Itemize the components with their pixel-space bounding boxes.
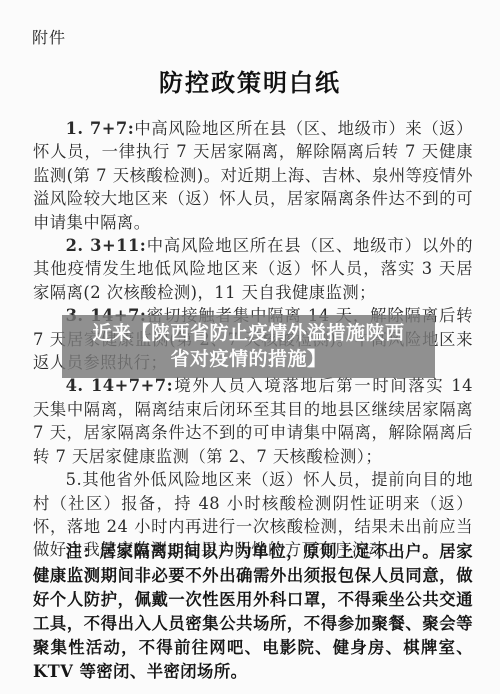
caption-line-1: 近来【陕西省防止疫情外溢措施陕西 [62,320,435,346]
item-lead: 5. [66,470,83,489]
item-lead: 2. 3+11: [66,236,147,255]
note-section: 注：居家隔离期间以户为单位，原则上足不出户。居家健康监测期间非必要不外出确需外出… [33,540,473,684]
attachment-label: 附件 [32,25,66,48]
item-lead: 4. 14+7+7: [66,376,174,395]
policy-item-2: 2. 3+11:中高风险地区所在县（区、地级市）以外的其他疫情发生地低风险地区来… [33,234,473,304]
note-text: 注：居家隔离期间以户为单位，原则上足不出户。居家健康监测期间非必要不外出确需外出… [33,540,473,684]
policy-item-4: 4. 14+7+7:境外人员入境落地后第一时间落实 14 天集中隔离，隔离结束后… [33,374,473,468]
caption-overlay: 近来【陕西省防止疫情外溢措施陕西 省对疫情的措施】 [62,315,435,378]
document-title: 防控政策明白纸 [0,63,500,98]
caption-line-2: 省对疫情的措施】 [62,346,435,372]
policy-item-1: 1. 7+7:中高风险地区所在县（区、地级市）来（返）怀人员，一律执行 7 天居… [33,117,473,234]
item-lead: 1. 7+7: [66,119,135,138]
